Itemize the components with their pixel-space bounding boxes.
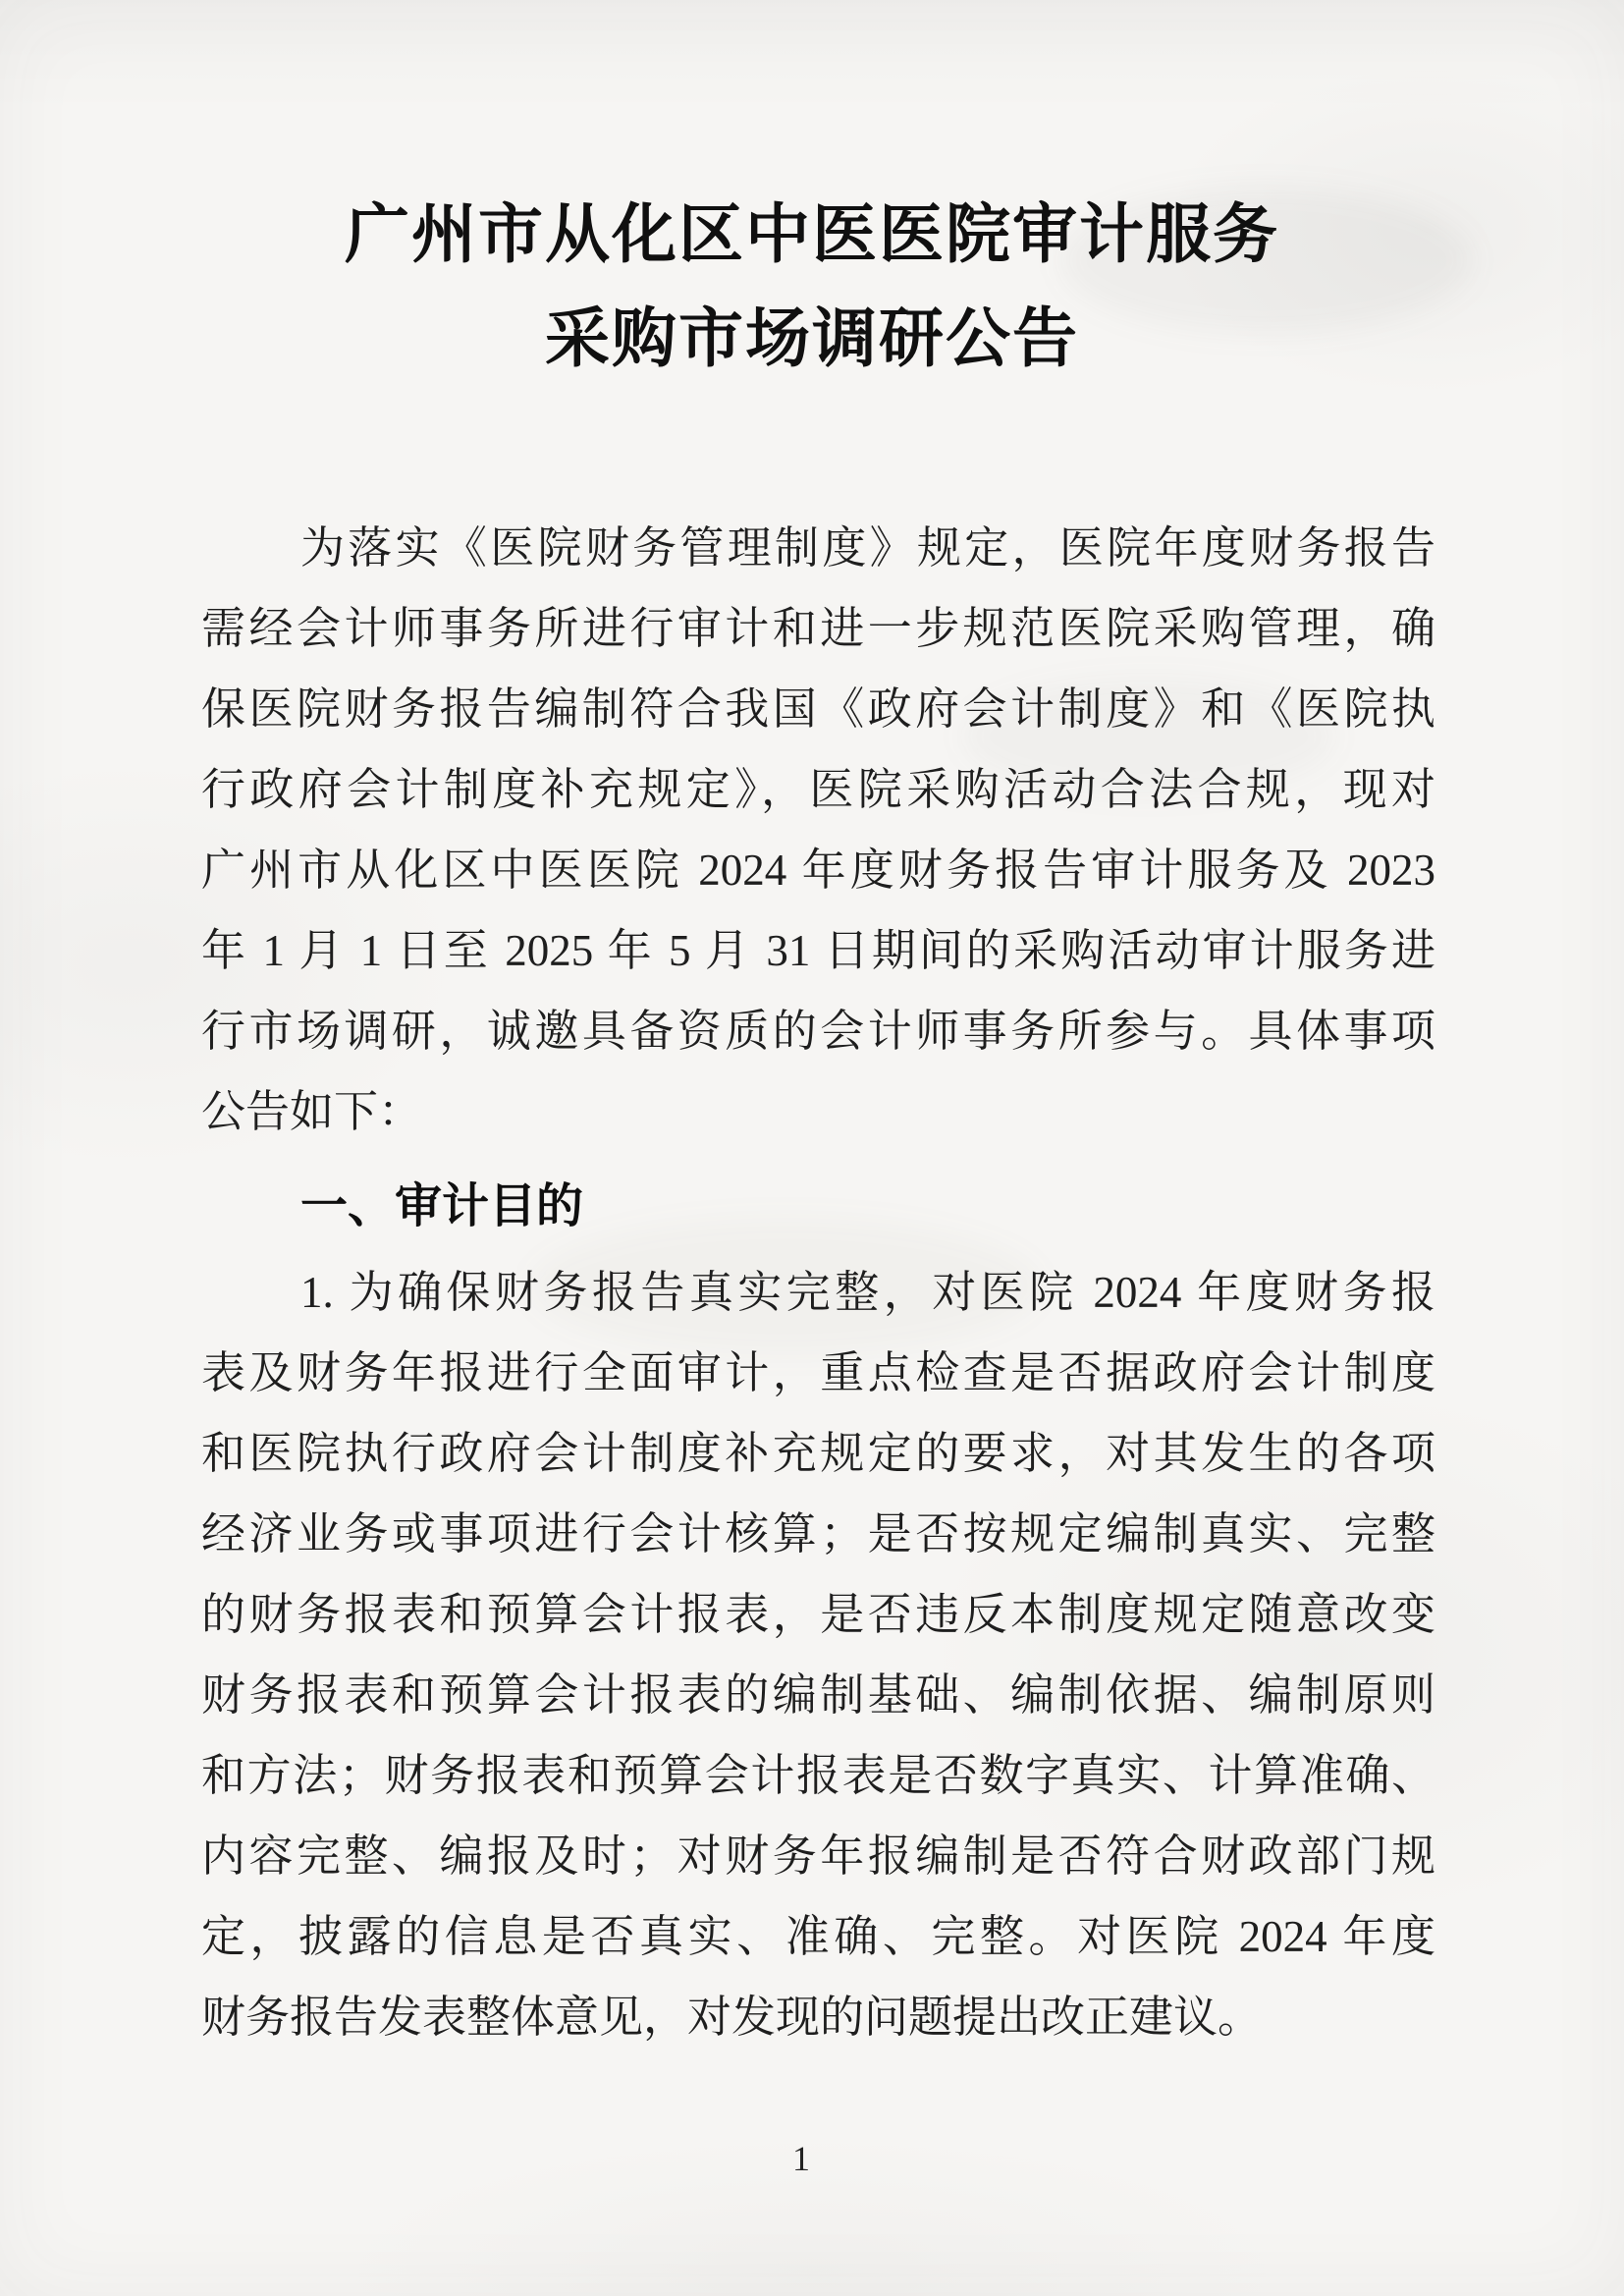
section-heading-audit-purpose: 一、审计目的 xyxy=(201,1167,1435,1247)
intro-line: 为落实《医院财务管理制度》规定，医院年度财务报告 xyxy=(201,508,1435,588)
document-body: 为落实《医院财务管理制度》规定，医院年度财务报告 需经会计师事务所进行审计和进一… xyxy=(201,508,1435,2057)
audit-purpose-line: 内容完整、编报及时；对财务年报编制是否符合财政部门规 xyxy=(201,1816,1435,1896)
audit-purpose-line: 表及财务年报进行全面审计，重点检查是否据政府会计制度 xyxy=(201,1333,1435,1413)
audit-purpose-line: 和方法；财务报表和预算会计报表是否数字真实、计算准确、 xyxy=(201,1735,1435,1816)
intro-line: 需经会计师事务所进行审计和进一步规范医院采购管理，确 xyxy=(201,588,1435,669)
audit-purpose-line: 财务报告发表整体意见，对发现的问题提出改正建议。 xyxy=(201,1977,1435,2057)
intro-line: 保医院财务报告编制符合我国《政府会计制度》和《医院执 xyxy=(201,669,1435,749)
page-number: 1 xyxy=(0,2139,1602,2178)
intro-paragraph: 为落实《医院财务管理制度》规定，医院年度财务报告 需经会计师事务所进行审计和进一… xyxy=(201,508,1435,1152)
intro-line: 年 1 月 1 日至 2025 年 5 月 31 日期间的采购活动审计服务进 xyxy=(201,910,1435,991)
scanned-document-page: 广州市从化区中医医院审计服务 采购市场调研公告 为落实《医院财务管理制度》规定，… xyxy=(0,0,1624,2296)
audit-purpose-line: 财务报表和预算会计报表的编制基础、编制依据、编制原则 xyxy=(201,1655,1435,1735)
document-title-line-2: 采购市场调研公告 xyxy=(0,286,1624,390)
audit-purpose-line: 经济业务或事项进行会计核算；是否按规定编制真实、完整 xyxy=(201,1494,1435,1574)
audit-purpose-paragraph: 1. 为确保财务报告真实完整，对医院 2024 年度财务报 表及财务年报进行全面… xyxy=(201,1252,1435,2057)
intro-line: 行市场调研，诚邀具备资质的会计师事务所参与。具体事项 xyxy=(201,991,1435,1071)
document-title: 广州市从化区中医医院审计服务 采购市场调研公告 xyxy=(0,182,1624,390)
intro-line: 公告如下： xyxy=(201,1071,1435,1152)
audit-purpose-line: 1. 为确保财务报告真实完整，对医院 2024 年度财务报 xyxy=(201,1252,1435,1333)
audit-purpose-line: 和医院执行政府会计制度补充规定的要求，对其发生的各项 xyxy=(201,1413,1435,1494)
intro-line: 行政府会计制度补充规定》，医院采购活动合法合规，现对 xyxy=(201,749,1435,830)
intro-line: 广州市从化区中医医院 2024 年度财务报告审计服务及 2023 xyxy=(201,830,1435,910)
audit-purpose-line: 的财务报表和预算会计报表，是否违反本制度规定随意改变 xyxy=(201,1574,1435,1655)
audit-purpose-line: 定，披露的信息是否真实、准确、完整。对医院 2024 年度 xyxy=(201,1896,1435,1977)
document-title-line-1: 广州市从化区中医医院审计服务 xyxy=(0,182,1624,286)
